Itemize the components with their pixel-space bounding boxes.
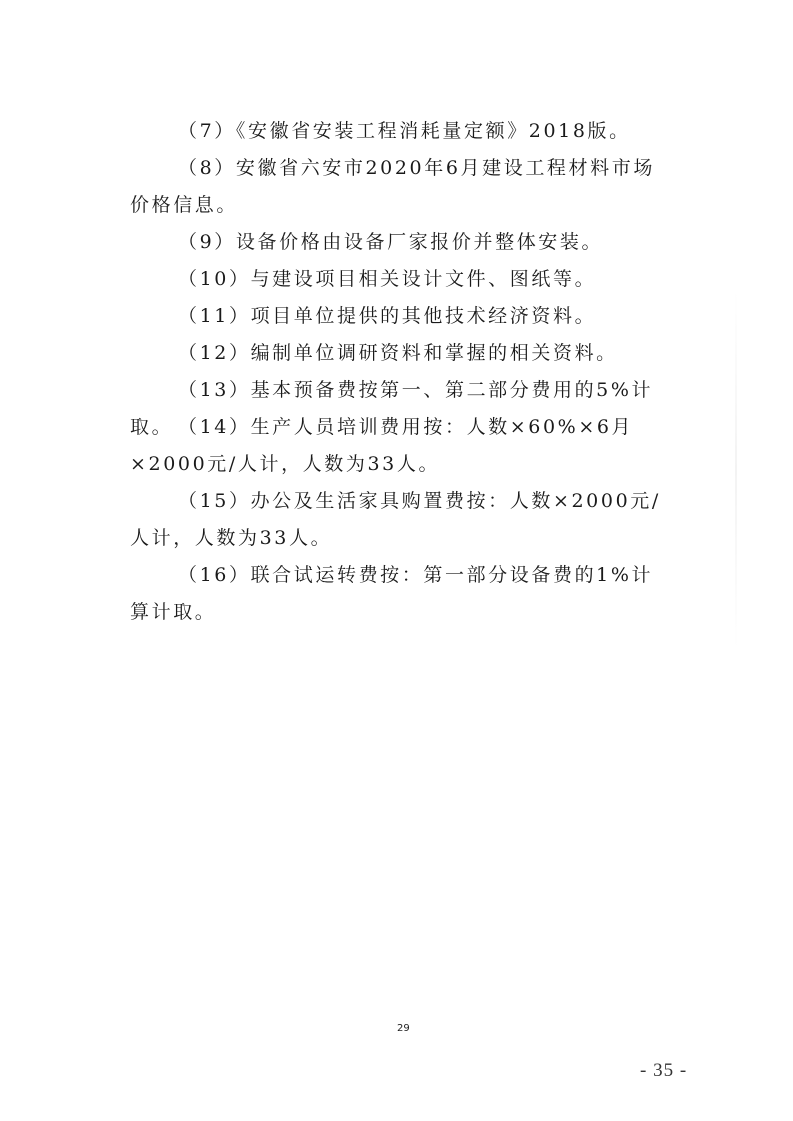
- paragraph-item-16: （16）联合试运转费按：第一部分设备费的1%计算计取。: [130, 557, 670, 631]
- scan-edge-shadow: [735, 290, 737, 650]
- paragraph-item-11: （11）项目单位提供的其他技术经济资料。: [130, 298, 670, 335]
- paragraph-item-12: （12）编制单位调研资料和掌握的相关资料。: [130, 335, 670, 372]
- inner-page-number: 29: [397, 1023, 410, 1034]
- outer-page-number: - 35 -: [640, 1060, 687, 1082]
- paragraph-item-7: （7）《安徽省安装工程消耗量定额》2018版。: [130, 113, 670, 150]
- paragraph-item-10: （10）与建设项目相关设计文件、图纸等。: [130, 261, 670, 298]
- document-page: （7）《安徽省安装工程消耗量定额》2018版。 （8）安徽省六安市2020年6月…: [0, 0, 793, 1121]
- paragraph-item-9: （9）设备价格由设备厂家报价并整体安装。: [130, 224, 670, 261]
- paragraph-item-15: （15）办公及生活家具购置费按：人数×2000元/人计，人数为33人。: [130, 483, 670, 557]
- paragraph-item-14: （14）生产人员培训费用按：人数×60%×6月×2000元/人计，人数为33人。: [130, 409, 670, 483]
- paragraph-item-8: （8）安徽省六安市2020年6月建设工程材料市场价格信息。: [130, 150, 670, 224]
